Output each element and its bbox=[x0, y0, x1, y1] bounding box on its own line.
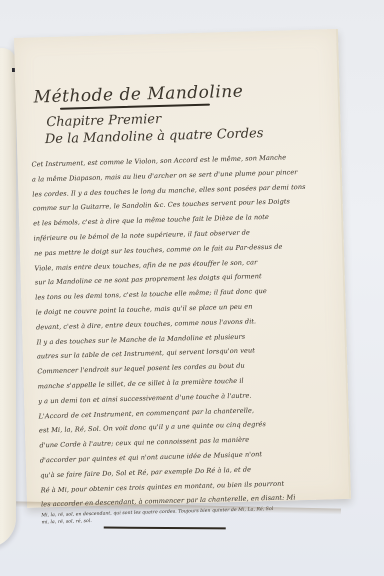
left-page-edge bbox=[0, 48, 16, 548]
page-title: Méthode de Mandoline bbox=[33, 79, 325, 107]
manuscript-page: Méthode de Mandoline Chapitre Premier De… bbox=[14, 29, 351, 508]
body-text: Cet Instrument, est comme le Violon, son… bbox=[31, 149, 337, 526]
page-content: Méthode de Mandoline Chapitre Premier De… bbox=[29, 79, 337, 532]
end-rule bbox=[104, 527, 226, 530]
